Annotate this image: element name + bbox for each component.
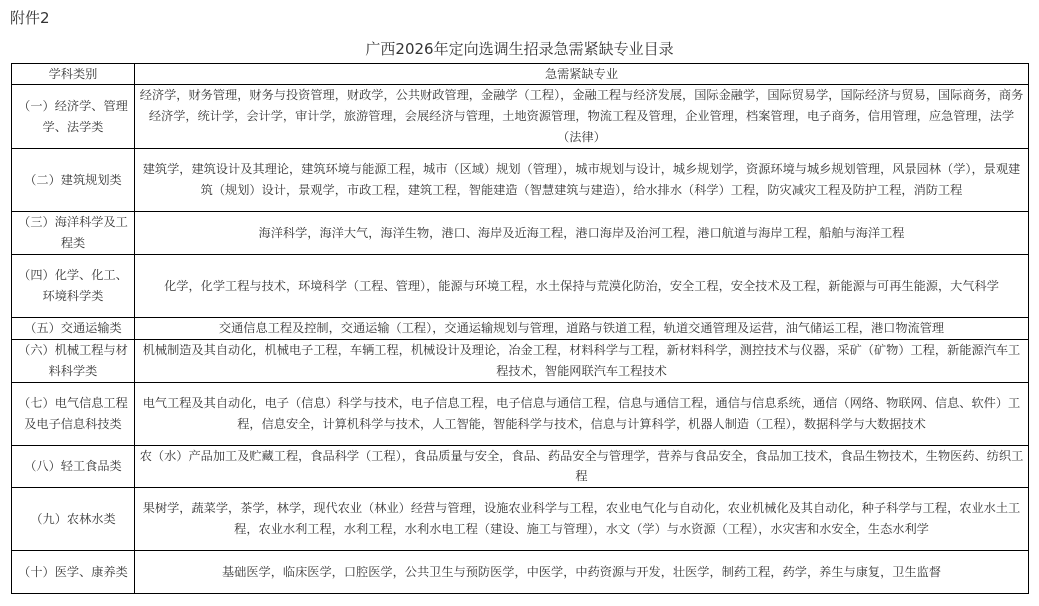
table-row: （五）交通运输类 交通信息工程及控制，交通运输（工程），交通运输规划与管理，道路… [12,318,1029,340]
category-cell: （七）电气信息工程及电子信息科技类 [12,382,135,445]
table-row: （六）机械工程与材料科学类 机械制造及其自动化，机械电子工程，车辆工程，机械设计… [12,340,1029,383]
majors-cell: 农（水）产品加工及贮藏工程，食品科学（工程），食品质量与安全，食品、药品安全与管… [135,445,1029,488]
category-cell: （二）建筑规划类 [12,149,135,212]
majors-cell: 果树学，蔬菜学，茶学，林学，现代农业（林业）经营与管理，设施农业科学与工程，农业… [135,488,1029,551]
category-cell: （十）医学、康养类 [12,551,135,594]
majors-cell: 交通信息工程及控制，交通运输（工程），交通运输规划与管理，道路与铁道工程，轨道交… [135,318,1029,340]
table-row: （八）轻工食品类 农（水）产品加工及贮藏工程，食品科学（工程），食品质量与安全，… [12,445,1029,488]
majors-cell: 机械制造及其自动化，机械电子工程，车辆工程，机械设计及理论，冶金工程，材料科学与… [135,340,1029,383]
majors-cell: 海洋科学，海洋大气，海洋生物，港口、海岸及近海工程，港口海岸及治河工程，港口航道… [135,212,1029,255]
majors-cell: 电气工程及其自动化，电子（信息）科学与技术，电子信息工程，电子信息与通信工程，信… [135,382,1029,445]
majors-cell: 建筑学，建筑设计及其理论，建筑环境与能源工程，城市（区域）规划（管理），城市规划… [135,149,1029,212]
header-category: 学科类别 [12,64,135,85]
majors-table: 学科类别 急需紧缺专业 （一）经济学、管理学、法学类 经济学，财务管理，财务与投… [11,63,1029,594]
majors-cell: 基础医学，临床医学，口腔医学，公共卫生与预防医学，中医学，中药资源与开发，壮医学… [135,551,1029,594]
attachment-label: 附件2 [10,7,50,28]
table-header-row: 学科类别 急需紧缺专业 [12,64,1029,85]
table-row: （二）建筑规划类 建筑学，建筑设计及其理论，建筑环境与能源工程，城市（区域）规划… [12,149,1029,212]
table-row: （十）医学、康养类 基础医学，临床医学，口腔医学，公共卫生与预防医学，中医学，中… [12,551,1029,594]
category-cell: （九）农林水类 [12,488,135,551]
category-cell: （四）化学、化工、环境科学类 [12,255,135,318]
document-title: 广西2026年定向选调生招录急需紧缺专业目录 [0,38,1039,59]
table-row: （七）电气信息工程及电子信息科技类 电气工程及其自动化，电子（信息）科学与技术，… [12,382,1029,445]
category-cell: （三）海洋科学及工程类 [12,212,135,255]
category-cell: （一）经济学、管理学、法学类 [12,85,135,149]
header-majors: 急需紧缺专业 [135,64,1029,85]
majors-cell: 经济学，财务管理，财务与投资管理，财政学，公共财政管理，金融学（工程），金融工程… [135,85,1029,149]
category-cell: （六）机械工程与材料科学类 [12,340,135,383]
majors-cell: 化学，化学工程与技术，环境科学（工程、管理），能源与环境工程，水土保持与荒漠化防… [135,255,1029,318]
table-row: （九）农林水类 果树学，蔬菜学，茶学，林学，现代农业（林业）经营与管理，设施农业… [12,488,1029,551]
category-cell: （五）交通运输类 [12,318,135,340]
category-cell: （八）轻工食品类 [12,445,135,488]
table-row: （四）化学、化工、环境科学类 化学，化学工程与技术，环境科学（工程、管理），能源… [12,255,1029,318]
table-row: （一）经济学、管理学、法学类 经济学，财务管理，财务与投资管理，财政学，公共财政… [12,85,1029,149]
table-row: （三）海洋科学及工程类 海洋科学，海洋大气，海洋生物，港口、海岸及近海工程，港口… [12,212,1029,255]
